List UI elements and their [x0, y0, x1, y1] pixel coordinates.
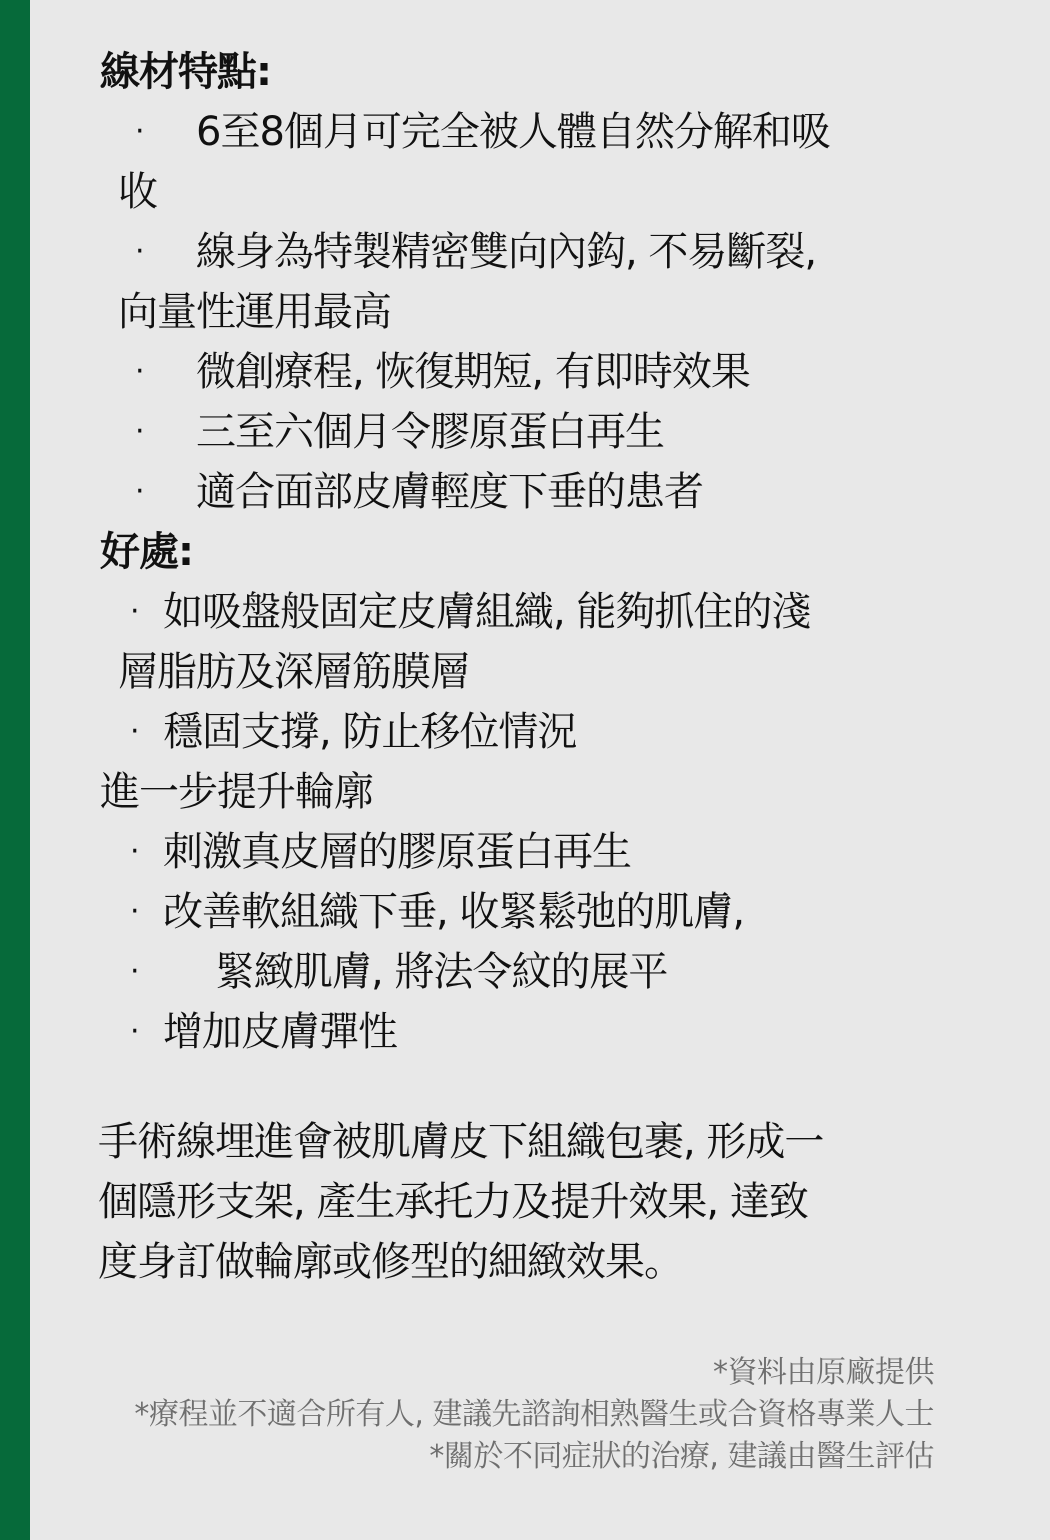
- bullet-icon: ·: [130, 714, 140, 749]
- benefit-item-1-cont: 層脂肪及深層筋膜層: [118, 642, 469, 702]
- bullet-icon: ·: [135, 414, 145, 449]
- bullet-icon: ·: [130, 1014, 140, 1049]
- benefit-subitem-4: 增加皮膚彈性: [163, 1002, 397, 1062]
- feature-item-2: 線身為特製精密雙向內鈎, 不易斷裂,: [196, 222, 816, 282]
- feature-item-4: 三至六個月令膠原蛋白再生: [196, 402, 664, 462]
- benefit-subitem-2: 改善軟組織下垂, 收緊鬆弛的肌膚,: [163, 882, 744, 942]
- benefit-subitem-1: 刺激真皮層的膠原蛋白再生: [163, 822, 631, 882]
- bullet-icon: ·: [135, 114, 145, 149]
- benefit-item-1: 如吸盤般固定皮膚組織, 能夠抓住的淺: [163, 582, 810, 642]
- benefits-subheading: 進一步提升輪廓: [100, 762, 373, 822]
- summary-line-3: 度身訂做輪廓或修型的細緻效果。: [98, 1232, 683, 1292]
- feature-item-5: 適合面部皮膚輕度下垂的患者: [196, 462, 703, 522]
- feature-item-1: 6至8個月可完全被人體自然分解和吸: [196, 102, 830, 162]
- bullet-icon: ·: [135, 234, 145, 269]
- bullet-icon: ·: [130, 954, 140, 989]
- benefits-heading: 好處:: [100, 522, 193, 582]
- footnote-source: *資料由原廠提供: [713, 1352, 934, 1394]
- bullet-icon: ·: [135, 354, 145, 389]
- document-content: 線材特點: · 6至8個月可完全被人體自然分解和吸 收 · 線身為特製精密雙向內…: [0, 0, 1050, 1540]
- summary-line-2: 個隱形支架, 產生承托力及提升效果, 達致: [98, 1172, 808, 1232]
- bullet-icon: ·: [130, 594, 140, 629]
- bullet-icon: ·: [135, 474, 145, 509]
- feature-item-2-cont: 向量性運用最高: [118, 282, 391, 342]
- benefit-item-2: 穩固支撐, 防止移位情況: [163, 702, 576, 762]
- bullet-icon: ·: [130, 834, 140, 869]
- footnote-disclaimer: *療程並不適合所有人, 建議先諮詢相熟醫生或合資格專業人士: [134, 1394, 934, 1436]
- feature-item-3: 微創療程, 恢復期短, 有即時效果: [196, 342, 750, 402]
- feature-item-1-cont: 收: [118, 162, 157, 222]
- features-heading: 線材特點:: [100, 42, 271, 102]
- footnote-consult: *關於不同症狀的治療, 建議由醫生評估: [429, 1436, 934, 1478]
- summary-line-1: 手術線埋進會被肌膚皮下組織包裹, 形成一: [98, 1112, 823, 1172]
- benefit-subitem-3: 緊緻肌膚, 將法令紋的展平: [215, 942, 667, 1002]
- bullet-icon: ·: [130, 894, 140, 929]
